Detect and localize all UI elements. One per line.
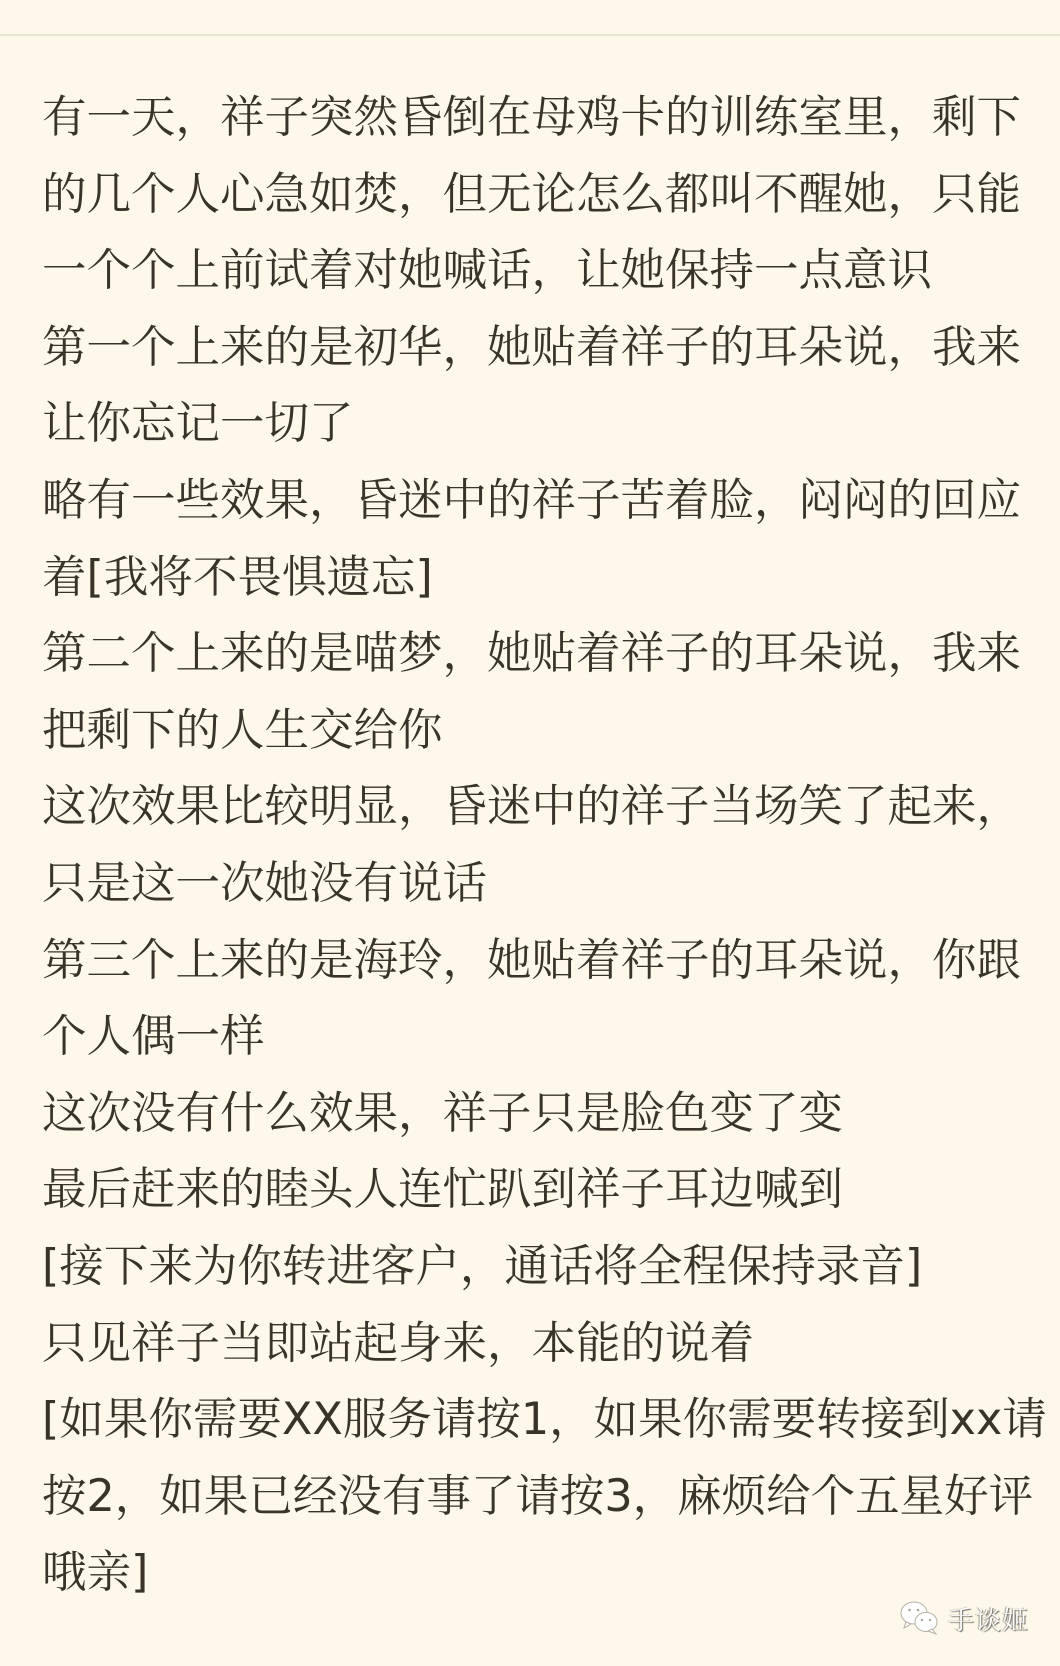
article-body: 有一天，祥子突然昏倒在母鸡卡的训练室里，剩下 的几个人心急如焚，但无论怎么都叫不… [42, 80, 1042, 1612]
article-line: 哦亲] [42, 1535, 1042, 1612]
article-line: 第一个上来的是初华，她贴着祥子的耳朵说，我来 [42, 310, 1042, 387]
article-line: 个人偶一样 [42, 999, 1042, 1076]
article-line: 按2，如果已经没有事了请按3，麻烦给个五星好评 [42, 1459, 1042, 1536]
article-line: 只是这一次她没有说话 [42, 846, 1042, 923]
article-line: [接下来为你转进客户，通话将全程保持录音] [42, 1229, 1042, 1306]
wechat-icon [898, 1599, 940, 1637]
article-line: 一个个上前试着对她喊话，让她保持一点意识 [42, 233, 1042, 310]
article-line: 略有一些效果，昏迷中的祥子苦着脸，闷闷的回应 [42, 463, 1042, 540]
article-line: 的几个人心急如焚，但无论怎么都叫不醒她，只能 [42, 157, 1042, 234]
article-line: 第三个上来的是海玲，她贴着祥子的耳朵说，你跟 [42, 923, 1042, 1000]
article-line: 有一天，祥子突然昏倒在母鸡卡的训练室里，剩下 [42, 80, 1042, 157]
article-line: 最后赶来的睦头人连忙趴到祥子耳边喊到 [42, 1152, 1042, 1229]
watermark-text: 手谈姬 [948, 1600, 1029, 1637]
article-line: 着[我将不畏惧遗忘] [42, 540, 1042, 617]
article-line: 只见祥子当即站起身来，本能的说着 [42, 1306, 1042, 1383]
article-line: 第二个上来的是喵梦，她贴着祥子的耳朵说，我来 [42, 616, 1042, 693]
article-line: [如果你需要XX服务请按1，如果你需要转接到xx请 [42, 1382, 1042, 1459]
article-line: 把剩下的人生交给你 [42, 693, 1042, 770]
article-line: 这次效果比较明显，昏迷中的祥子当场笑了起来， [42, 769, 1042, 846]
top-divider [0, 34, 1060, 36]
watermark: 手谈姬 [898, 1598, 1029, 1638]
article-line: 这次没有什么效果，祥子只是脸色变了变 [42, 1076, 1042, 1153]
article-line: 让你忘记一切了 [42, 386, 1042, 463]
